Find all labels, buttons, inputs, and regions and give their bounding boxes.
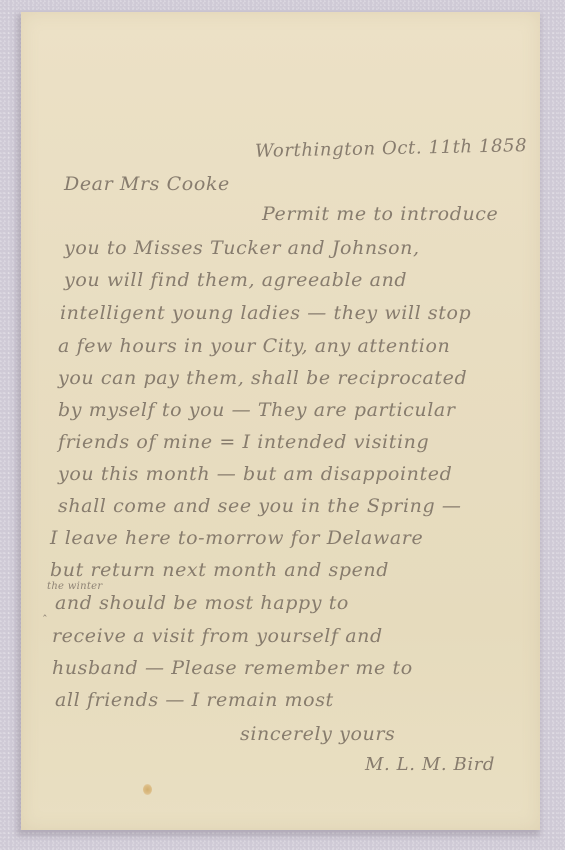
letter-body-line: receive a visit from yourself and [52,627,383,646]
letter-body-line: husband — Please remember me to [52,659,413,678]
letter-insertion: the winter [47,582,102,592]
letter-body-line: Permit me to introduce [262,205,498,224]
letter-body-line: you to Misses Tucker and Johnson, [64,239,420,258]
letter-body-line: all friends — I remain most [55,691,334,710]
letter-body-line: you will find them, agreeable and [64,271,407,290]
insertion-caret-icon: ‸ [43,604,47,617]
letter-body-line: I leave here to-morrow for Delaware [50,529,423,548]
letter-body-line: by myself to you — They are particular [58,401,456,420]
paper-stain [143,784,152,795]
letter-body-line: intelligent young ladies — they will sto… [60,304,471,323]
letter-body-line: friends of mine = I intended visiting [58,433,429,452]
letter-body-line: but return next month and spend [50,561,389,580]
letter-body-line: shall come and see you in the Spring — [58,497,461,516]
letter-closing: sincerely yours [240,725,395,744]
letter-salutation: Dear Mrs Cooke [64,175,230,194]
letter-body-line: and should be most happy to [55,594,349,613]
letter-signature: M. L. M. Bird [365,756,495,774]
letter-body-line: you this month — but am disappointed [58,465,452,484]
letter-body-line: a few hours in your City, any attention [58,337,450,356]
letter-body-line: you can pay them, shall be reciprocated [58,369,467,388]
